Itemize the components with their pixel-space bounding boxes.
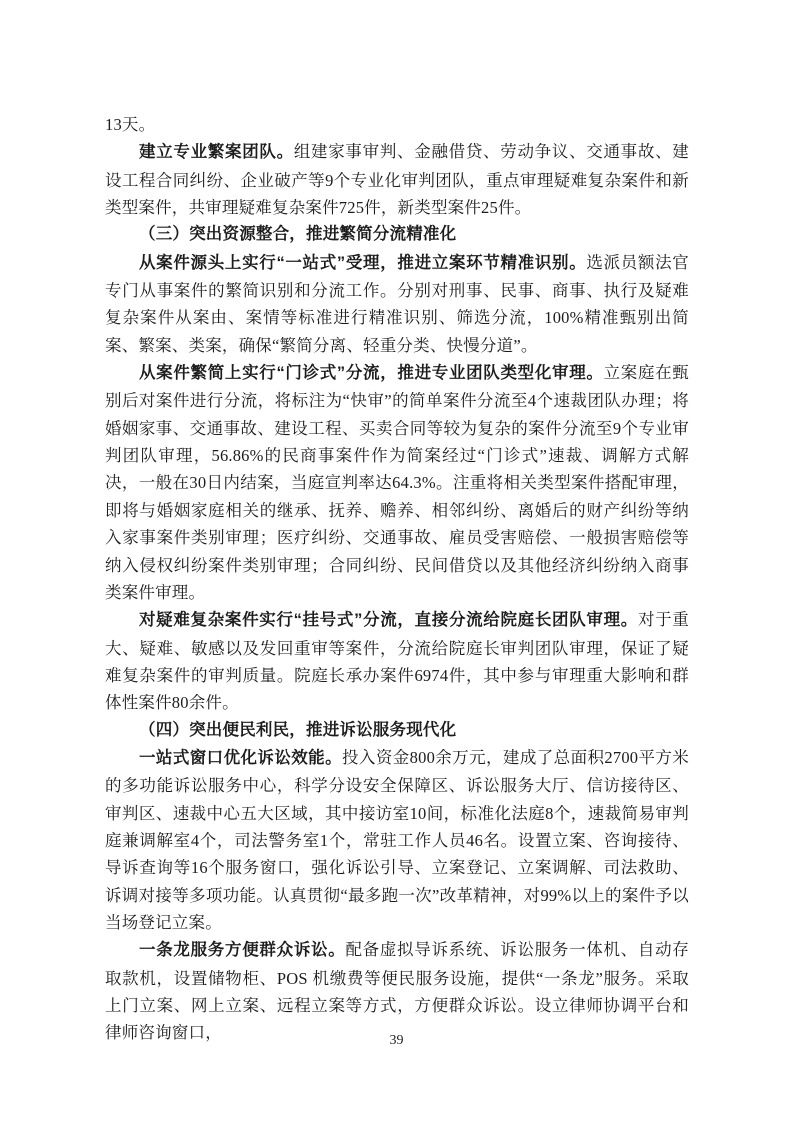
paragraph-text: 立案庭在甄别后对案件进行分流，将标注为“快审”的简单案件分流至4个速裁团队办理；… [105,363,689,602]
paragraph-lead: 从案件源头上实行“一站式”受理，推进立案环节精准识别。 [139,254,586,272]
paragraph-text: 投入资金800余万元，建成了总面积2700平方米的多功能诉讼服务中心，科学分设安… [105,748,689,932]
paragraph-lead: 从案件繁简上实行“门诊式”分流，推进专业团队类型化审理。 [139,364,604,382]
page-footer: 39 [0,1033,793,1049]
paragraph-lead: 一条龙服务方便群众诉讼。 [139,941,345,959]
paragraph: 从案件源头上实行“一站式”受理，推进立案环节精准识别。选派员额法官专门从事案件的… [105,249,689,359]
section-heading: （四）突出便民利民，推进诉讼服务现代化 [105,717,689,744]
paragraph-fragment: 13天。 [105,111,689,138]
paragraph-lead: 对疑难复杂案件实行“挂号式”分流，直接分流给院庭长团队审理。 [139,611,638,629]
paragraph-lead: 一站式窗口优化诉讼效能。 [139,749,342,767]
paragraph: 对疑难复杂案件实行“挂号式”分流，直接分流给院庭长团队审理。对于重大、疑难、敏感… [105,606,689,716]
document-page: 13天。建立专业繁案团队。组建家事审判、金融借贷、劳动争议、交通事故、建设工程合… [0,0,793,1122]
document-body: 13天。建立专业繁案团队。组建家事审判、金融借贷、劳动争议、交通事故、建设工程合… [105,111,689,1047]
section-heading: （三）突出资源整合，推进繁简分流精准化 [105,221,689,248]
paragraph: 一条龙服务方便群众诉讼。配备虚拟导诉系统、诉讼服务一体机、自动存取款机，设置储物… [105,936,689,1046]
paragraph-lead: 建立专业繁案团队。 [139,143,294,161]
paragraph: 一站式窗口优化诉讼效能。投入资金800余万元，建成了总面积2700平方米的多功能… [105,744,689,936]
paragraph: 从案件繁简上实行“门诊式”分流，推进专业团队类型化审理。立案庭在甄别后对案件进行… [105,359,689,606]
paragraph: 建立专业繁案团队。组建家事审判、金融借贷、劳动争议、交通事故、建设工程合同纠纷、… [105,138,689,221]
page-number: 39 [390,1033,404,1048]
